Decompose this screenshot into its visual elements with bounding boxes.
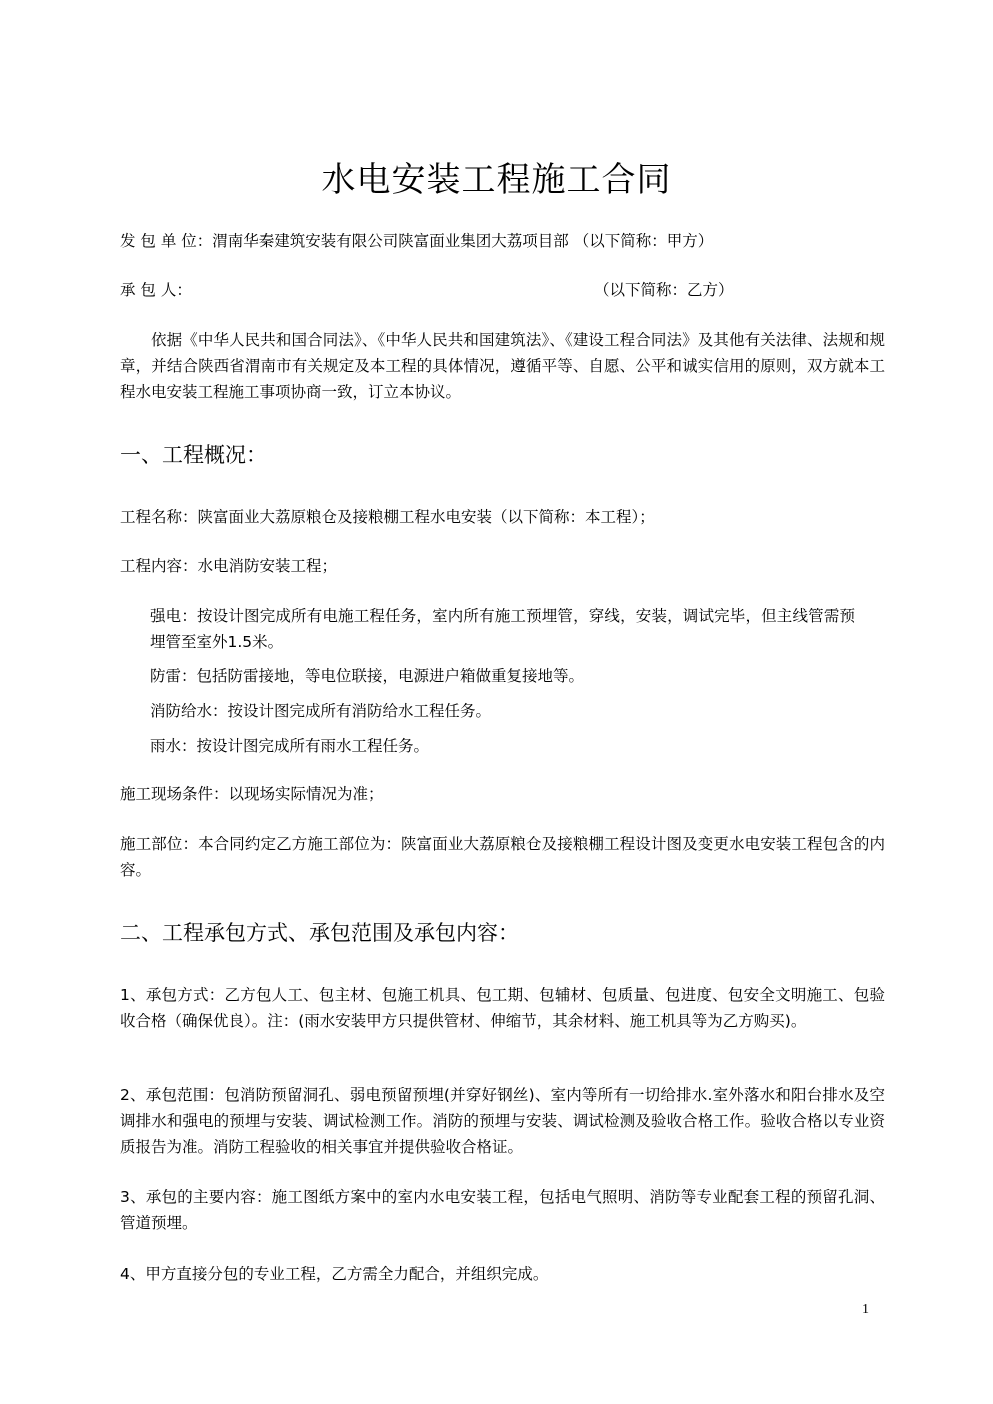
clause-3: 3、承包的主要内容：施工图纸方案中的室内水电安装工程，包括电气照明、消防等专业配… [120,1184,885,1236]
party-b-label: 承 包 人： [120,277,192,303]
project-name: 工程名称：陕富面业大荔原粮仓及接粮棚工程水电安装（以下简称：本工程）； [120,504,655,530]
scope-item-rainwater: 雨水：按设计图完成所有雨水工程任务。 [150,733,429,759]
party-a-line: 发 包 单 位：渭南华秦建筑安装有限公司陕富面业集团大荔项目部 （以下简称：甲方… [120,228,713,254]
party-a-alias: （以下简称：甲方） [574,232,714,250]
preamble-paragraph: 依据《中华人民共和国合同法》、《中华人民共和国建筑法》、《建设工程合同法》及其他… [120,327,885,405]
project-content: 工程内容：水电消防安装工程； [120,553,337,579]
scope-item-fire-water: 消防给水：按设计图完成所有消防给水工程任务。 [150,698,491,724]
section2-heading: 二、工程承包方式、承包范围及承包内容： [120,918,519,948]
site-scope: 施工部位：本合同约定乙方施工部位为：陕富面业大荔原粮仓及接粮棚工程设计图及变更水… [120,831,885,883]
page-number: 1 [862,1302,869,1318]
clause-4: 4、甲方直接分包的专业工程，乙方需全力配合，并组织完成。 [120,1261,548,1287]
party-b-alias: （以下简称：乙方） [594,277,734,303]
document-title: 水电安装工程施工合同 [0,152,993,201]
document-page: 水电安装工程施工合同 发 包 单 位：渭南华秦建筑安装有限公司陕富面业集团大荔项… [0,0,993,1404]
site-conditions: 施工现场条件：以现场实际情况为准； [120,781,384,807]
scope-item-lightning: 防雷：包括防雷接地，等电位联接，电源进户箱做重复接地等。 [150,663,584,689]
party-a-label: 发 包 单 位： [120,232,212,250]
party-a-value: 渭南华秦建筑安装有限公司陕富面业集团大荔项目部 [212,232,569,250]
section1-heading: 一、工程概况： [120,440,267,470]
clause-2: 2、承包范围：包消防预留洞孔、弱电预留预埋(并穿好钢丝)、室内等所有一切给排水.… [120,1082,885,1160]
clause-1: 1、承包方式：乙方包人工、包主材、包施工机具、包工期、包辅材、包质量、包进度、包… [120,982,885,1034]
scope-item-strong-current: 强电：按设计图完成所有电施工程任务，室内所有施工预埋管，穿线，安装，调试完毕，但… [150,603,855,655]
